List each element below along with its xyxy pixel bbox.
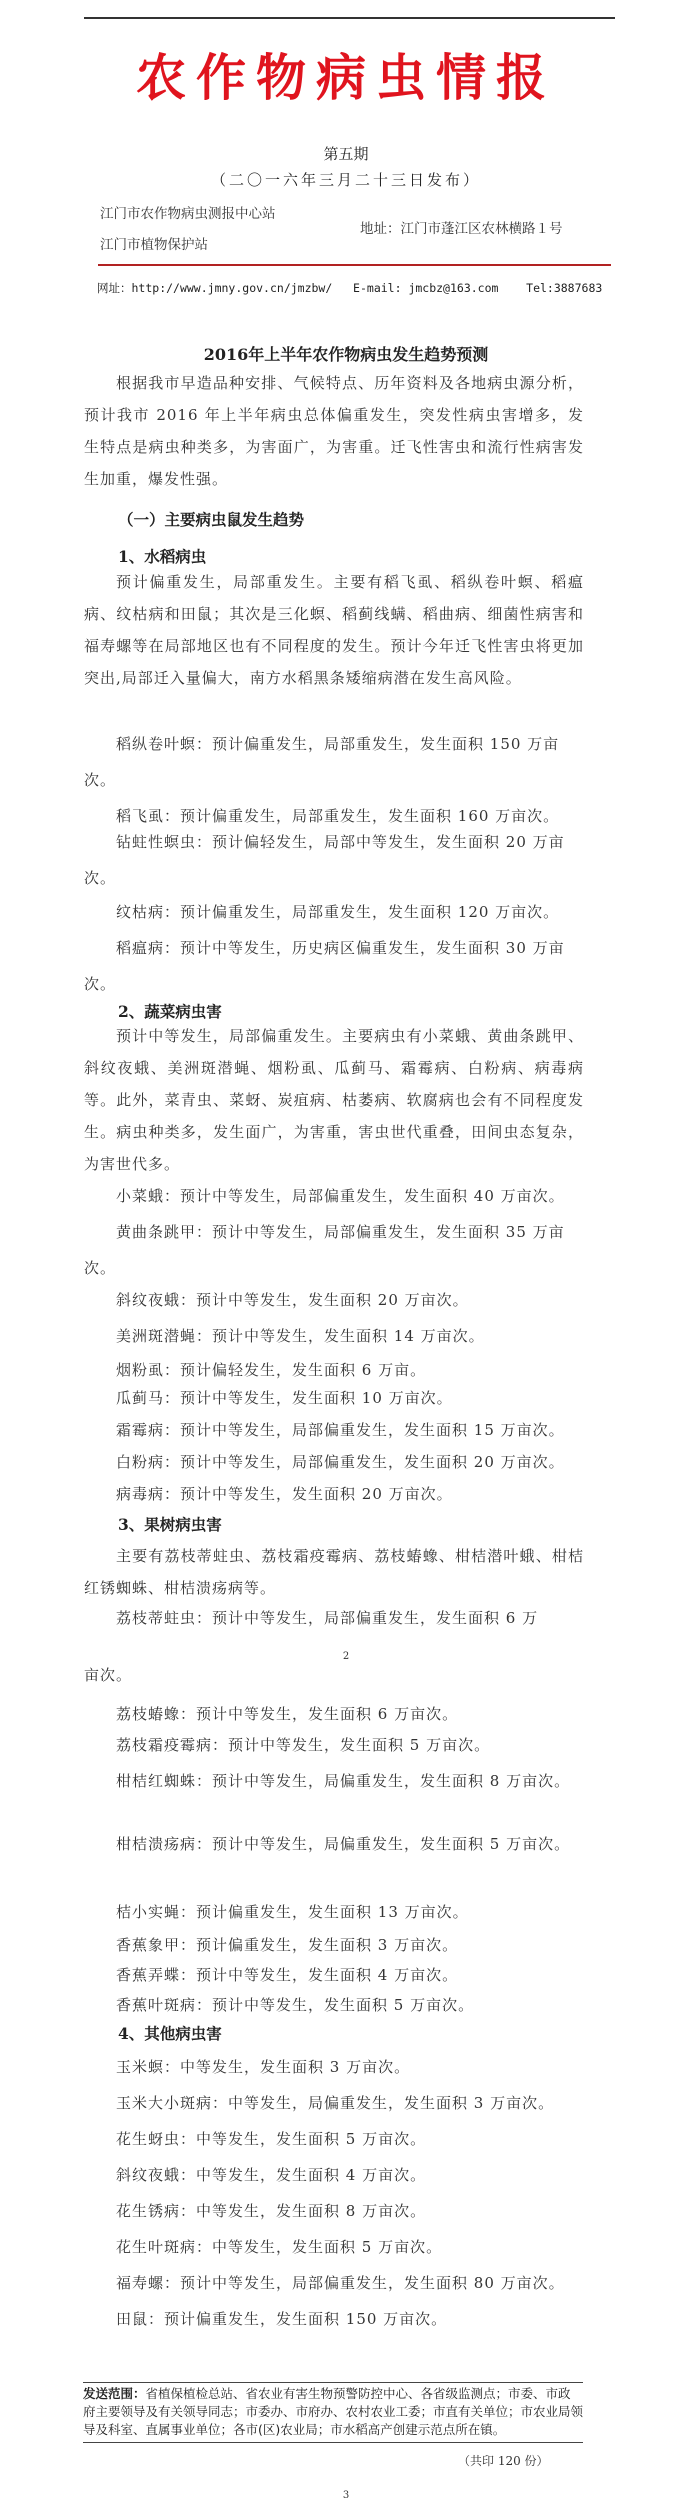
- other-item: 花生锈病：中等发生，发生面积 8 万亩次。: [84, 2196, 584, 2226]
- vegetable-item: 霜霉病：预计中等发生，局部偏重发生，发生面积 15 万亩次。: [84, 1415, 584, 1445]
- print-copies: （共印 120 份）: [458, 2452, 549, 2469]
- issue-number: 第五期: [0, 143, 692, 164]
- rice-item: 钻蛀性螟虫：预计偏轻发生，局部中等发生，发生面积 20 万亩次。: [84, 824, 584, 896]
- fruit-item-continued: 亩次。: [84, 1660, 584, 1690]
- fruit-item: 柑桔溃疡病：预计中等发生，局偏重发生，发生面积 5 万亩次。: [84, 1826, 584, 1862]
- rice-summary: 预计偏重发生，局部重发生。主要有稻飞虱、稻纵卷叶螟、稻瘟病、纹枯病和田鼠；其次是…: [84, 566, 584, 694]
- other-item: 玉米大小斑病：中等发生，局偏重发生，发生面积 3 万亩次。: [84, 2088, 604, 2118]
- fruit-item: 香蕉叶斑病：预计中等发生，发生面积 5 万亩次。: [84, 1990, 584, 2020]
- vegetable-heading: 2、蔬菜病虫害: [118, 1000, 222, 1022]
- publish-date: （二〇一六年三月二十三日发布）: [0, 169, 692, 190]
- vegetable-summary: 预计中等发生，局部偏重发生。主要病虫有小菜蛾、黄曲条跳甲、斜纹夜蛾、美洲斑潜蝇、…: [84, 1020, 584, 1180]
- vegetable-item: 病毒病：预计中等发生，发生面积 20 万亩次。: [84, 1479, 584, 1509]
- address: 地址：江门市蓬江区农林横路１号: [360, 217, 563, 237]
- vegetable-item: 白粉病：预计中等发生，局部偏重发生，发生面积 20 万亩次。: [84, 1447, 584, 1477]
- document-title: 2016年上半年农作物病虫发生趋势预测: [0, 342, 692, 365]
- fruit-item: 香蕉象甲：预计偏重发生，发生面积 3 万亩次。: [84, 1930, 584, 1960]
- vegetable-item: 美洲斑潜蝇：预计中等发生，发生面积 14 万亩次。: [84, 1321, 584, 1351]
- rice-item: 稻纵卷叶螟：预计偏重发生，局部重发生，发生面积 150 万亩次。: [84, 726, 584, 798]
- fruit-item: 柑桔红蜘蛛：预计中等发生，局偏重发生，发生面积 8 万亩次。: [84, 1763, 584, 1799]
- vegetable-item: 瓜蓟马：预计中等发生，发生面积 10 万亩次。: [84, 1383, 584, 1413]
- fruit-heading: 3、果树病虫害: [118, 1513, 222, 1535]
- vegetable-item: 小菜蛾：预计中等发生，局部偏重发生，发生面积 40 万亩次。: [84, 1181, 584, 1211]
- vegetable-item: 斜纹夜蛾：预计中等发生，发生面积 20 万亩次。: [84, 1285, 584, 1315]
- other-heading: 4、其他病虫害: [118, 2022, 222, 2044]
- fruit-item: 荔枝蒂蛀虫：预计中等发生，局部偏重发生，发生面积 6 万: [84, 1603, 584, 1633]
- contact-info: 网址：http://www.jmny.gov.cn/jmzbw/ E-mail:…: [97, 280, 602, 296]
- fruit-item: 香蕉弄蝶：预计中等发生，发生面积 4 万亩次。: [84, 1960, 584, 1990]
- other-item: 田鼠：预计偏重发生，发生面积 150 万亩次。: [84, 2304, 584, 2334]
- section-heading: （一）主要病虫鼠发生趋势: [118, 508, 304, 530]
- other-item: 花生蚜虫：中等发生，发生面积 5 万亩次。: [84, 2124, 584, 2154]
- header-divider: [98, 264, 611, 266]
- other-item: 花生叶斑病：中等发生，发生面积 5 万亩次。: [84, 2232, 584, 2262]
- distribution-text: 省植保植检总站、省农业有害生物预警防控中心、各省级监测点；市委、市政府主要领导及…: [83, 2386, 583, 2437]
- intro-paragraph: 根据我市早造品种安排、气候特点、历年资料及各地病虫源分析，预计我市 2016 年…: [84, 367, 584, 495]
- rice-item: 稻瘟病：预计中等发生，历史病区偏重发生，发生面积 30 万亩次。: [84, 930, 584, 1002]
- other-item: 斜纹夜蛾：中等发生，发生面积 4 万亩次。: [84, 2160, 584, 2190]
- org-name-2: 江门市植物保护站: [100, 233, 208, 253]
- fruit-item: 荔枝蝽蟓：预计中等发生，发生面积 6 万亩次。: [84, 1699, 584, 1729]
- masthead-title: 农作物病虫情报: [0, 38, 692, 110]
- vegetable-item: 烟粉虱：预计偏轻发生，发生面积 6 万亩。: [84, 1355, 584, 1385]
- distribution-label: 发送范围：: [83, 2386, 146, 2401]
- distribution-box: 发送范围：省植保植检总站、省农业有害生物预警防控中心、各省级监测点；市委、市政府…: [83, 2382, 583, 2443]
- rice-heading: 1、水稻病虫: [118, 545, 206, 567]
- other-item: 福寿螺：预计中等发生，局部偏重发生，发生面积 80 万亩次。: [84, 2268, 604, 2298]
- org-name-1: 江门市农作物病虫测报中心站: [100, 202, 276, 222]
- vegetable-item: 黄曲条跳甲：预计中等发生，局部偏重发生，发生面积 35 万亩次。: [84, 1214, 584, 1286]
- fruit-summary: 主要有荔枝蒂蛀虫、荔枝霜疫霉病、荔枝蝽蟓、柑桔潜叶蛾、柑桔红锈蜘蛛、柑桔溃疡病等…: [84, 1540, 584, 1604]
- rice-item: 纹枯病：预计偏重发生，局部重发生，发生面积 120 万亩次。: [84, 897, 584, 927]
- fruit-item: 荔枝霜疫霉病：预计中等发生，发生面积 5 万亩次。: [84, 1730, 584, 1760]
- other-item: 玉米螟：中等发生，发生面积 3 万亩次。: [84, 2052, 584, 2082]
- page-number: 3: [0, 2490, 692, 2501]
- fruit-item: 桔小实蝇：预计偏重发生，发生面积 13 万亩次。: [84, 1897, 584, 1927]
- top-rule: [84, 17, 615, 19]
